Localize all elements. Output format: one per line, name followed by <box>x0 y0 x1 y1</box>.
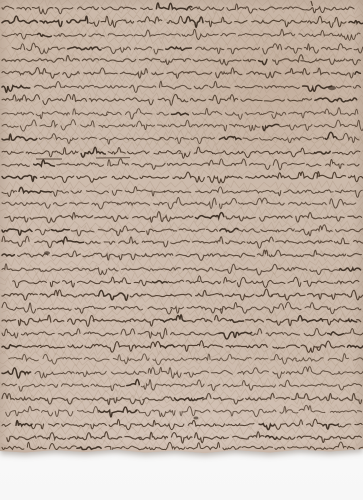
letter-page-wrap <box>0 0 363 456</box>
letter-page <box>0 0 363 454</box>
scanned-letter-screenshot: { "page": { "description": "Scanned page… <box>0 0 363 500</box>
handwriting-ink <box>0 0 363 454</box>
ink-bleedthrough-layer <box>0 0 363 448</box>
